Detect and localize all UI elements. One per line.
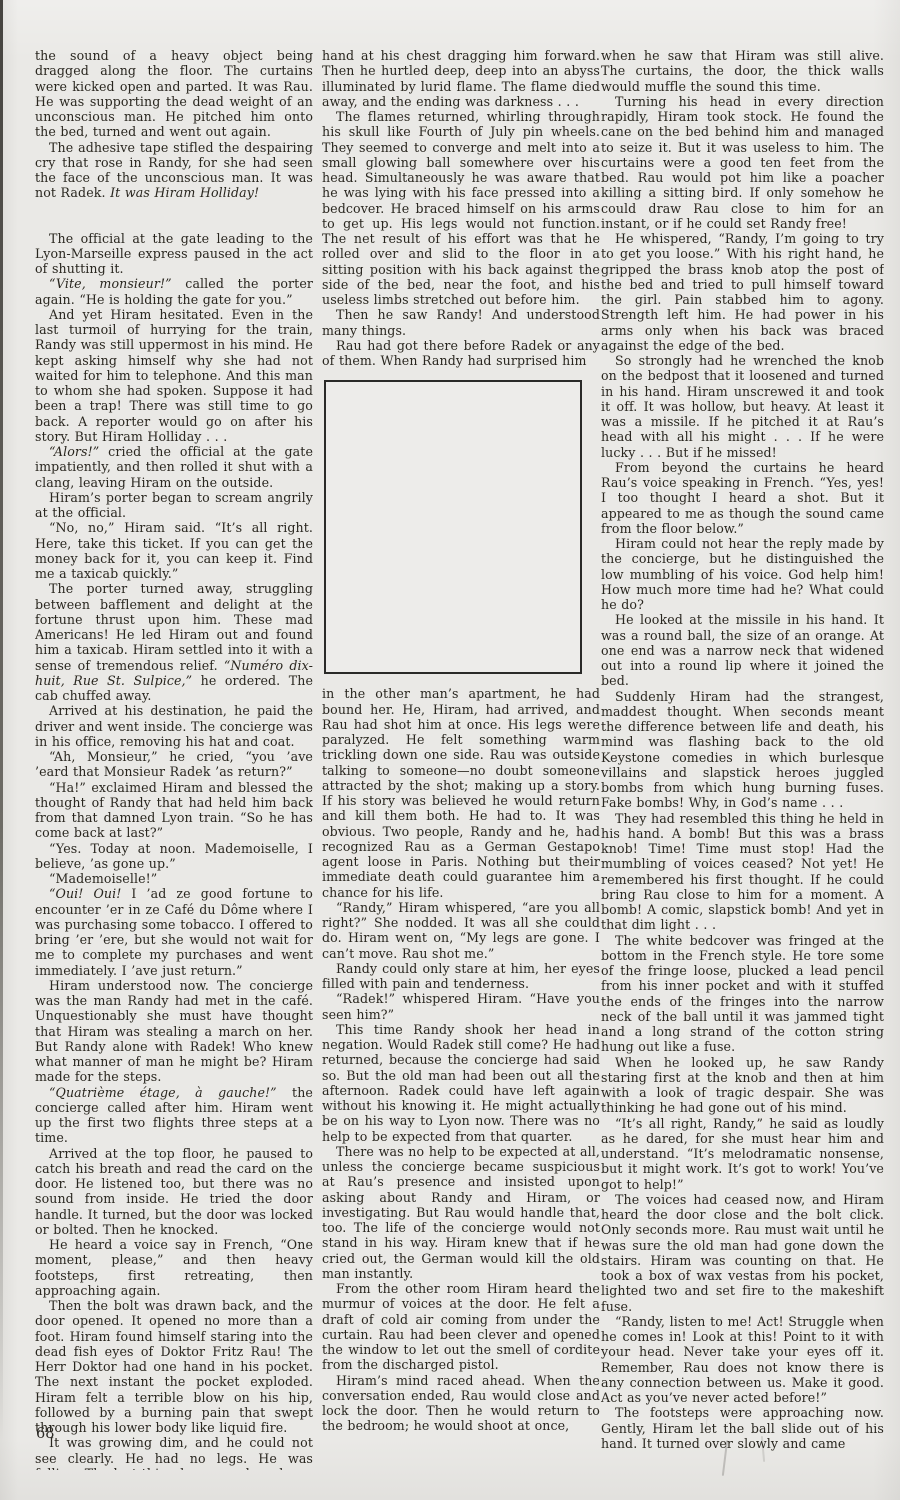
- paragraph: “No, no,” Hiram said. “It’s all right. H…: [35, 520, 313, 581]
- paragraph: There was no help to be expected at all,…: [322, 1144, 600, 1281]
- paragraph: Turning his head in every direction rapi…: [601, 94, 884, 231]
- paragraph: Randy could only stare at him, her eyes …: [322, 961, 600, 992]
- paragraph: “It’s all right, Randy,” he said as loud…: [601, 1116, 884, 1192]
- paragraph: “Mademoiselle!”: [35, 871, 313, 886]
- paragraph: “Quatrième étage, à gauche!” the concier…: [35, 1085, 313, 1146]
- paragraph: “Radek!” whispered Hiram. “Have you seen…: [322, 991, 600, 1022]
- text-column-3: when he saw that Hiram was still alive. …: [601, 48, 884, 1470]
- paragraph: The porter turned away, struggling betwe…: [35, 581, 313, 703]
- paragraph: “Yes. Today at noon. Mademoiselle, I bel…: [35, 841, 313, 872]
- paragraph: It was growing dim, and he could not see…: [35, 1435, 313, 1470]
- scanned-page: the sound of a heavy object being dragge…: [0, 0, 900, 1500]
- paragraph: They had resembled this thing he held in…: [601, 811, 884, 933]
- paragraph: This time Randy shook her head in negati…: [322, 1022, 600, 1144]
- paragraph: The official at the gate leading to the …: [35, 231, 313, 277]
- paragraph: He whispered, “Randy, I’m going to try t…: [601, 231, 884, 353]
- paragraph: “Ha!” exclaimed Hiram and blessed the th…: [35, 780, 313, 841]
- paragraph: The white bedcover was fringed at the bo…: [601, 933, 884, 1055]
- paragraph: The flames returned, whirling through hi…: [322, 109, 600, 307]
- paragraph: When he looked up, he saw Randy staring …: [601, 1055, 884, 1116]
- paragraph: Then he saw Randy! And understood many t…: [322, 307, 600, 338]
- paragraph: The footsteps were approaching now. Gent…: [601, 1405, 884, 1451]
- paragraph: He looked at the missile in his hand. It…: [601, 612, 884, 688]
- paragraph: Hiram could not hear the reply made by t…: [601, 536, 884, 612]
- text-column-1: the sound of a heavy object being dragge…: [35, 48, 313, 1470]
- paragraph: “Oui! Oui! I ’ad ze good fortune to enco…: [35, 886, 313, 978]
- paragraph: The voices had ceased now, and Hiram hea…: [601, 1192, 884, 1314]
- paragraph: “Randy, listen to me! Act! Struggle when…: [601, 1314, 884, 1406]
- scan-left-edge: [0, 0, 3, 1500]
- paragraph: in the other man’s apartment, he had bou…: [322, 686, 600, 900]
- paragraph: So strongly had he wrenched the knob on …: [601, 353, 884, 460]
- paragraph: Arrived at the top floor, he paused to c…: [35, 1146, 313, 1238]
- paragraph: hand at his chest dragging him forward. …: [322, 48, 600, 109]
- paragraph: “Randy,” Hiram whispered, “are you all r…: [322, 900, 600, 961]
- paragraph: when he saw that Hiram was still alive. …: [601, 48, 884, 94]
- paragraph: Arrived at his destination, he paid the …: [35, 703, 313, 749]
- paragraph: Hiram’s mind raced ahead. When the conve…: [322, 1373, 600, 1434]
- paragraph: The adhesive tape stifled the despairing…: [35, 140, 313, 201]
- paragraph: Hiram’s porter began to scream angrily a…: [35, 490, 313, 521]
- paragraph: “Ah, Monsieur,” he cried, “you ’ave ’ear…: [35, 749, 313, 780]
- image-placeholder-box: [324, 380, 582, 674]
- paragraph: Hiram understood now. The concierge was …: [35, 978, 313, 1085]
- paragraph: Rau had got there before Radek or any of…: [322, 338, 600, 369]
- text-column-2: hand at his chest dragging him forward. …: [322, 48, 600, 1470]
- paragraph: And yet Hiram hesitated. Even in the las…: [35, 307, 313, 444]
- paragraph: Then the bolt was drawn back, and the do…: [35, 1298, 313, 1435]
- page-number: 68: [36, 1426, 54, 1442]
- paragraph: the sound of a heavy object being dragge…: [35, 48, 313, 140]
- paragraph: Suddenly Hiram had the strangest, maddes…: [601, 689, 884, 811]
- paragraph: He heard a voice say in French, “One mom…: [35, 1237, 313, 1298]
- paragraph: “Vite, monsieur!” called the porter agai…: [35, 276, 313, 307]
- paragraph: From the other room Hiram heard the murm…: [322, 1281, 600, 1373]
- paragraph: “Alors!” cried the official at the gate …: [35, 444, 313, 490]
- paragraph: From beyond the curtains he heard Rau’s …: [601, 460, 884, 536]
